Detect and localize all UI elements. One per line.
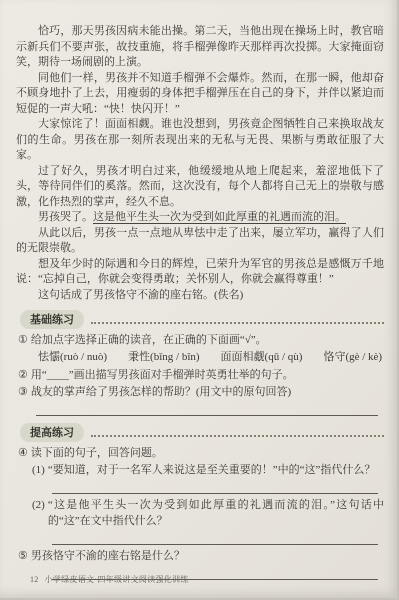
pinyin-choice-row: 怯懦(ruò / nuò) 秉性(bǐng / bǐn) 面面相觑(qū / q… (38, 349, 384, 366)
question-number: (2) (32, 497, 45, 529)
pinyin-item: 面面相觑(qū / qù) (221, 349, 303, 366)
page-number: 12 (30, 575, 39, 584)
word-part: 性 (139, 351, 150, 363)
question-3: ③ 战友的掌声给了男孩怎样的帮助？(用文中的原句回答) (18, 384, 384, 400)
passage-text: 男孩哭了。 (38, 211, 93, 223)
pinyin-item: 恪守(gè / kè) (323, 349, 382, 366)
dotted-leader (91, 428, 384, 437)
question-5: ⑤ 男孩恪守不渝的座右铭是什么？ (18, 548, 384, 564)
passage-paragraph: 男孩哭了。这是他平生头一次为受到如此厚重的礼遇而流的泪。 (16, 210, 384, 226)
question-number: ② (18, 367, 28, 383)
question-4-2: (2) “这是他平生头一次为受到如此厚重的礼遇而流的泪。”这句话中的“这”在文中… (32, 497, 384, 529)
pinyin-item: 秉性(bǐng / bǐn) (128, 349, 200, 366)
passage-paragraph: 这句话成了男孩恪守不渝的座右铭。(佚名) (16, 288, 384, 304)
question-text: 男孩恪守不渝的座右铭是什么？ (31, 548, 384, 564)
question-number: ④ (18, 445, 28, 461)
question-text: 战友的掌声给了男孩怎样的帮助？(用文中的原句回答) (31, 384, 384, 400)
question-number: ⑤ (18, 548, 28, 564)
question-text: “这是他平生头一次为受到如此厚重的礼遇而流的泪。”这句话中的“这”在文中指代什么… (48, 497, 384, 529)
page-footer: 12小学绿皮语文·四年级讲文阅读强化训练 (30, 574, 189, 585)
basic-section-header: 基础练习 (20, 310, 384, 329)
question-text: 用“____”画出描写男孩面对手榴弹时英勇壮举的句子。 (31, 367, 384, 383)
question-4-1: (1) “要知道，对于一名军人来说这是至关重要的！”中的“这”指代什么？ (32, 462, 384, 478)
passage-paragraph: 大家惊诧了！面面相觑。谁也没想到，男孩竟企图牺牲自己来换取战友们的生命。男孩在那… (16, 117, 384, 164)
question-text: 读下面的句子，回答问题。 (31, 445, 384, 461)
pinyin-options: (ruò / nuò) (60, 351, 107, 363)
passage-paragraph: 从此以后，男孩一点一点地从卑怯中走了出来，屡立军功，赢得了人们的无限崇敬。 (16, 226, 384, 257)
advanced-section-header: 提高练习 (20, 423, 384, 442)
answer-line (52, 478, 378, 494)
word-part: 面面相 (221, 351, 254, 363)
pinyin-item: 怯懦(ruò / nuò) (38, 349, 107, 366)
emphasized-char: 秉 (128, 351, 139, 363)
pinyin-options: (bǐng / bǐn) (150, 351, 200, 363)
pinyin-options: (gè / kè) (345, 351, 382, 363)
book-title: 小学绿皮语文·四年级讲文阅读强化训练 (45, 575, 189, 584)
question-1: ① 给加点字选择正确的读音，在正确的下面画“√”。 (18, 332, 384, 348)
basic-section-title: 基础练习 (20, 310, 84, 329)
question-number: ③ (18, 384, 28, 400)
emphasized-char: 觑 (254, 351, 265, 363)
passage-paragraph: 恰巧，那天男孩因病未能出操。第二天，当他出现在操场上时，教官暗示新兵们不要声张，… (16, 24, 384, 71)
question-number: ① (18, 332, 28, 348)
emphasized-char: 恪 (323, 351, 334, 363)
pinyin-options: (qū / qù) (265, 351, 303, 363)
passage-paragraph: 想及年少时的际遇和今日的辉煌，已荣升为军官的男孩总是感慨万千地说：“忘掉自己，你… (16, 257, 384, 288)
emphasized-char: 懦 (49, 351, 60, 363)
passage-paragraph: 同他们一样，男孩并不知道手榴弹不会爆炸。然而，在那一瞬，他却奋不顾身地扑了上去，… (16, 71, 384, 118)
answer-line (52, 529, 378, 545)
word-part: 怯 (38, 351, 49, 363)
answer-line (36, 400, 378, 416)
underlined-sentence: 这是他平生头一次为受到如此厚重的礼遇而流的泪。 (93, 211, 346, 224)
workbook-page: 恰巧，那天男孩因病未能出操。第二天，当他出现在操场上时，教官暗示新兵们不要声张，… (0, 0, 399, 600)
question-text: 给加点字选择正确的读音，在正确的下面画“√”。 (31, 332, 384, 348)
question-text: “要知道，对于一名军人来说这是至关重要的！”中的“这”指代什么？ (48, 462, 384, 478)
question-number: (1) (32, 462, 45, 478)
dotted-leader (91, 315, 384, 324)
reading-passage: 恰巧，那天男孩因病未能出操。第二天，当他出现在操场上时，教官暗示新兵们不要声张，… (16, 24, 384, 303)
passage-paragraph: 过了好久，男孩才明白过来，他缓缓地从地上爬起来，羞涩地低下了头，等待同伴们的奚落… (16, 164, 384, 211)
word-part: 守 (334, 351, 345, 363)
question-4: ④ 读下面的句子，回答问题。 (18, 445, 384, 461)
advanced-section-title: 提高练习 (20, 423, 84, 442)
